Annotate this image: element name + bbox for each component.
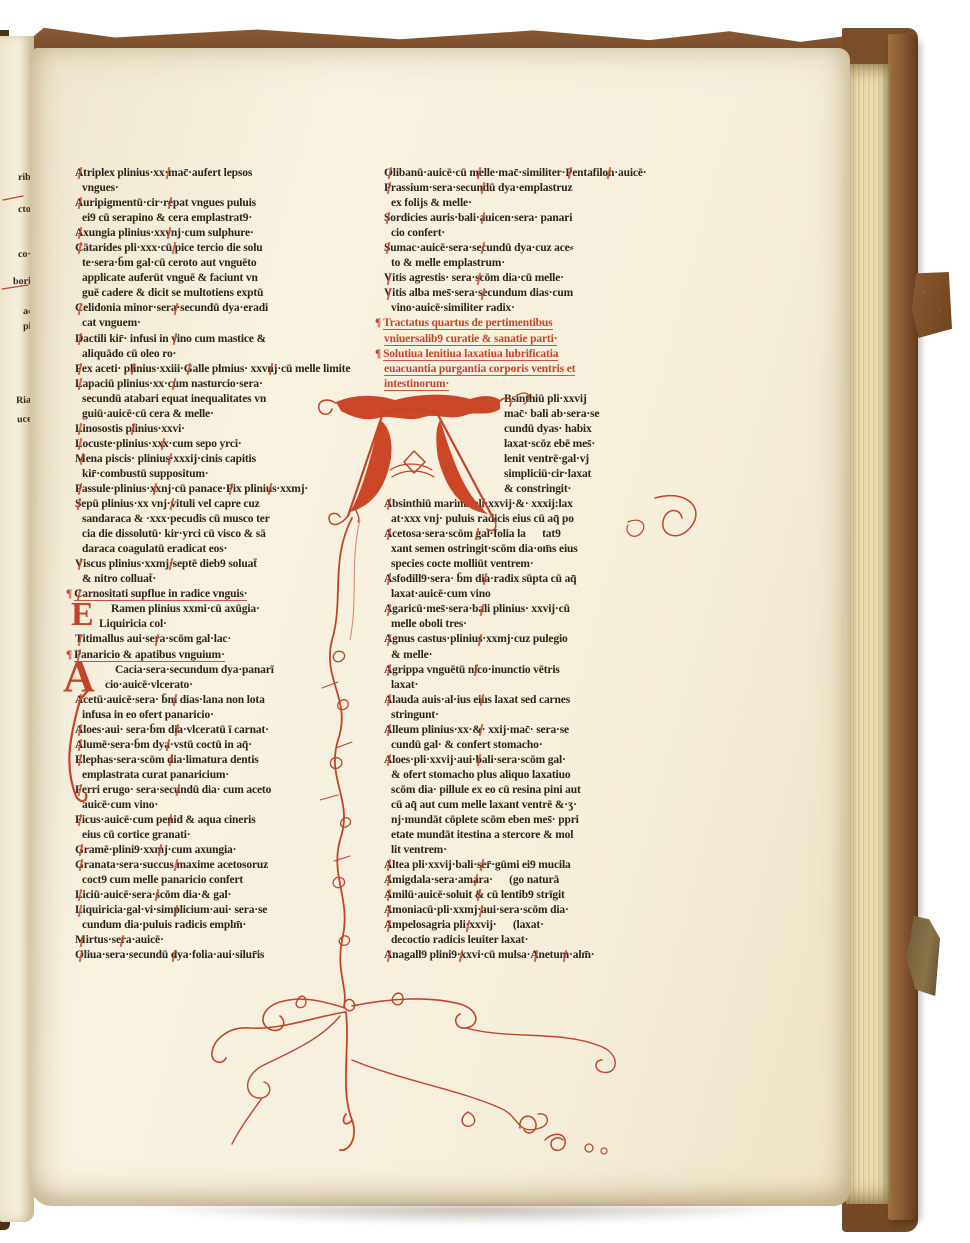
- text-line: Mena piscis· plinius·xxxij·cinis capitis: [75, 452, 256, 467]
- text-line: Altea pli·xxvij·bali·ser̄·gūmi ei9 mucil…: [384, 858, 571, 873]
- text-line: Titimallus aui·sera·scōm gal·lac·: [75, 632, 231, 647]
- text-line: Linosostis plinius·xxvi·: [75, 422, 185, 437]
- text-line: melle oboli tres·: [384, 617, 660, 632]
- illuminated-initial-group: Bsinthiū pli·xxvijmac̄· bali ab·sera·sec…: [384, 392, 660, 497]
- text-line: coct9 cum melle panaricio confert: [75, 873, 351, 888]
- book-shadow: [18, 1206, 928, 1232]
- text-line: Alleum plinius·xx·&· xxij·mac̄· sera·se: [384, 723, 569, 738]
- text-line: intestinorum·: [384, 377, 660, 392]
- previous-page-edge: ribctoco·boria⸗piRiauce: [0, 36, 34, 1222]
- text-line: Olibanū·auicē·cū melle·mac̄·similiter·: [384, 166, 565, 181]
- text-line: Passule·plinius·xxnj·cū panace·: [75, 482, 226, 497]
- text-line: Agaricū·mes̄·sera·bali plinius· xxvij·cū: [384, 602, 570, 617]
- text-line: ex folijs & melle·: [384, 196, 660, 211]
- text-block-fore-edge: [846, 64, 890, 1204]
- text-line: Alumē·sera·b̄m dya·vstū coctū in aq̄·: [75, 738, 252, 753]
- text-line: Acetosa·sera·scōm gal·folia la tat9: [384, 527, 561, 542]
- text-line: Amoniacū·pli·xxmj·aui·sera·scōm dia·: [384, 903, 569, 918]
- text-line: secundū atabari equat inequalitates vn: [75, 392, 351, 407]
- text-line: laxat·: [384, 678, 660, 693]
- text-line: Ficus·auicē·cum penid & aqua cineris: [75, 813, 256, 828]
- text-line: emplastrata curat panaricium·: [75, 768, 351, 783]
- text-line: sandaraca & ·xxx·pecudis cū musco ter: [75, 512, 351, 527]
- book-photograph: ribctoco·boria⸗piRiauce Atriplex plinius…: [0, 0, 970, 1243]
- text-line: cū aq̄ aut cum melle laxant ventrē &·ʒ·: [384, 798, 660, 813]
- text-line: lenit ventrē·gal·vj: [384, 452, 660, 467]
- text-line: Granata·sera·succus maxime acetosoruz: [75, 858, 268, 873]
- text-line: Bsinthiū pli·xxvij: [384, 392, 660, 407]
- text-line: nj·mundāt cōplete scōm eben mes̄· ppri: [384, 813, 660, 828]
- text-line: guiū·auicē·cū cera & melle·: [75, 407, 351, 422]
- text-line: Galle plmius· xxvnj·cū melle limite: [184, 362, 351, 377]
- text-line: cundū gal· & confert stomacho·: [384, 738, 660, 753]
- text-line: Gramē·plini9·xxmj·cum axungia·: [75, 843, 236, 858]
- text-line: Aloes·aui· sera·b̄m dia·vlceratū ī carna…: [75, 723, 269, 738]
- text-line: Cacia·sera·secundum dya·panarī: [75, 663, 351, 678]
- text-line: stringunt·: [384, 708, 660, 723]
- text-line: vngues·: [75, 181, 351, 196]
- text-line: Agrippa vnguētū nico·inunctio vētris: [384, 663, 560, 678]
- text-line: Dactili kir̄· infusi in vino cum mastice…: [75, 332, 266, 347]
- text-line: Vitis agrestis· sera·scōm dia·cū melle·: [384, 271, 564, 286]
- text-line: Vitis alba mes̄·sera·secundum dias·cum: [384, 286, 573, 301]
- text-line: cundū dyas· habix: [384, 422, 660, 437]
- illuminated-initial-group: ACacia·sera·secundum dya·panarīcio·auicē…: [75, 663, 351, 693]
- text-line: Sumac·auicē·sera·secundū dya·cuz ace⸗: [384, 241, 573, 256]
- text-line: te·sera·b̄m gal·cū ceroto aut vnguēto: [75, 256, 351, 271]
- text-line: xant semen ostringit·scōm dia·om̄s eius: [384, 542, 660, 557]
- text-line: Cātarides pli·xxx·cū pice tercio die sol…: [75, 241, 263, 256]
- text-line: applicate auferūt vnguē & faciunt vn: [75, 271, 351, 286]
- text-line: Atriplex plinius·xx·mac̄·aufert lepsos: [75, 166, 252, 181]
- text-line: lit ventrem·: [384, 843, 660, 858]
- text-line: Locuste·plinius·xxx·cum sepo yrci·: [75, 437, 242, 452]
- text-line: scōm dia· pillule ex eo cū resina pini a…: [384, 783, 660, 798]
- text-line: Oliua·sera·secundū dya·folia·aui·silur̄i…: [75, 948, 264, 963]
- text-line: eius cū cortice granati·: [75, 828, 351, 843]
- text-line: decoctio radicis leuiter laxat·: [384, 933, 660, 948]
- text-line: Acetū·auicē·sera· b̄m dias·lana non lota: [75, 693, 265, 708]
- text-line: Ramen plinius xxmi·cū axūgia·: [75, 602, 351, 617]
- text-column-right: Olibanū·auicē·cū melle·mac̄·similiter·Pe…: [384, 166, 660, 963]
- text-line: Anagall9 plini9·xxvi·cū mulsa·: [384, 948, 530, 963]
- text-line: euacuantia purgantia corporis ventris et: [384, 362, 660, 377]
- text-line: Aloes·pli·xxvij·aui·bali·sera·scōm gal·: [384, 753, 566, 768]
- text-line: Lapaciū plinius·xx·cum nasturcio·sera·: [75, 377, 263, 392]
- text-line: simpliciū·cir·laxat: [384, 467, 660, 482]
- pilcrow-mark: ¶: [375, 317, 381, 329]
- text-line: etate mundāt itestina a stercore & mol: [384, 828, 660, 843]
- lombard-initial: E: [71, 598, 94, 632]
- text-line: to & melle emplastrum·: [384, 256, 660, 271]
- text-line: & melle·: [384, 648, 660, 663]
- text-line: kir̄·combustū suppositum·: [75, 467, 351, 482]
- text-line: Liquiricia col·: [75, 617, 351, 632]
- text-line: ¶Panaricio & apatibus vnguium·: [75, 648, 351, 663]
- text-line: laxat·auicē·cum vino: [384, 587, 660, 602]
- text-line: ¶Carnositati supflue in radice vnguis·: [75, 587, 351, 602]
- text-line: Ampelosagria pli·xxvij· (laxat·: [384, 918, 544, 933]
- text-column-left: Atriplex plinius·xx·mac̄·aufert lepsosvn…: [75, 166, 351, 963]
- text-line: Amilū·auicē·soluit & cū lentib9 strīgit: [384, 888, 565, 903]
- illuminated-initial-group: ERamen plinius xxmi·cū axūgia·Liquiricia…: [75, 602, 351, 632]
- text-line: ¶Tractatus quartus de pertimentibus: [384, 316, 660, 331]
- text-line: Auripigmentū·cir·repat vngues puluis: [75, 196, 256, 211]
- text-line: Ferri erugo· sera·secundū dia· cum aceto: [75, 783, 271, 798]
- text-line: Pix plinius·xxmj·: [226, 482, 308, 497]
- text-line: & ofert stomacho plus aliquo laxatiuo: [384, 768, 660, 783]
- text-line: ei9 cū serapino & cera emplastrat9·: [75, 211, 351, 226]
- text-line: Axungia plinius·xxvnj·cum sulphure·: [75, 226, 254, 241]
- text-line: cio·auicē·vlcerato·: [75, 678, 351, 693]
- text-line: Alauda auis·al·ius eius laxat sed carnes: [384, 693, 570, 708]
- adjacent-page-text-fragment: uce: [16, 414, 31, 425]
- text-line: cio confert·: [384, 226, 660, 241]
- text-line: Prassium·sera·secundū dya·emplastruz: [384, 181, 573, 196]
- text-line: at·xxx vnj· puluis radicis eius cū aq̄ p…: [384, 512, 660, 527]
- text-line: Fex aceti· plinius·xxiii·: [75, 362, 184, 377]
- text-line: Asfodill9·sera· b̄m dia·radix sūpta cū a…: [384, 572, 576, 587]
- text-line: aliquādo cū oleo ro·: [75, 347, 351, 362]
- text-line: & nitro colluat̄·: [75, 572, 351, 587]
- text-line: Pentafilon·auicē·: [565, 166, 646, 181]
- text-line: Liquiricia·gal·vi·simplicium·aui· sera·s…: [75, 903, 267, 918]
- text-line: auicē·cum vino·: [75, 798, 351, 813]
- text-line: ¶Solutiua lenitiua laxatiua lubrificatia: [384, 347, 660, 362]
- text-line: infusa in eo ofert panaricio·: [75, 708, 351, 723]
- text-line: species cocte molliūt ventrem·: [384, 557, 660, 572]
- pilcrow-mark: ¶: [375, 348, 381, 360]
- text-line: daraca coagulatū eradicat eos·: [75, 542, 351, 557]
- text-line: Liciū·auicē·sera·scōm dia·& gal·: [75, 888, 231, 903]
- adjacent-page-text-fragment: bori: [13, 276, 31, 287]
- text-line: Elephas·sera·scōm dia·limatura dentis: [75, 753, 259, 768]
- text-line: mac̄· bali ab·sera·se: [384, 407, 660, 422]
- text-line: Sepū plinius·xx vnj·vituli vel capre cuz: [75, 497, 260, 512]
- text-line: laxat·scōz ebē mes̄·: [384, 437, 660, 452]
- text-line: vino·auicē·similiter radix·: [384, 301, 660, 316]
- text-line: cundum dia·puluis radicis emplm̄·: [75, 918, 351, 933]
- adjacent-page-text-fragment: Ria: [16, 395, 31, 406]
- text-line: vniuersalib9 curatie & sanatie parti·: [384, 332, 660, 347]
- text-line: guē cadere & dicit se multotiens exptū: [75, 286, 351, 301]
- clasp-strap-top: [912, 272, 952, 338]
- text-line: Viscus plinius·xxmj·septē dieb9 soluat̄: [75, 557, 257, 572]
- text-line: Amigdala·sera·amara· (go naturā: [384, 873, 559, 888]
- text-line: cia die dissolutū· kir·yrci cū visco & s…: [75, 527, 351, 542]
- book-cover-right-edge: [888, 34, 918, 1220]
- text-line: Absinthiū marinū pli·xxvij·&· xxxij:lax: [384, 497, 573, 512]
- text-line: Mirtus·sera·auicē·: [75, 933, 164, 948]
- text-line: cat vnguem·: [75, 316, 351, 331]
- text-line: Sordicies auris·bali·auicen·sera· panari: [384, 211, 572, 226]
- text-line: Agnus castus·plinius·xxmj·cuz pulegio: [384, 632, 568, 647]
- text-line: Celidonia minor·sera·secundū dya·eradi: [75, 301, 268, 316]
- text-line: & constringit·: [384, 482, 660, 497]
- text-line: Anetum·alm̄·: [530, 948, 594, 963]
